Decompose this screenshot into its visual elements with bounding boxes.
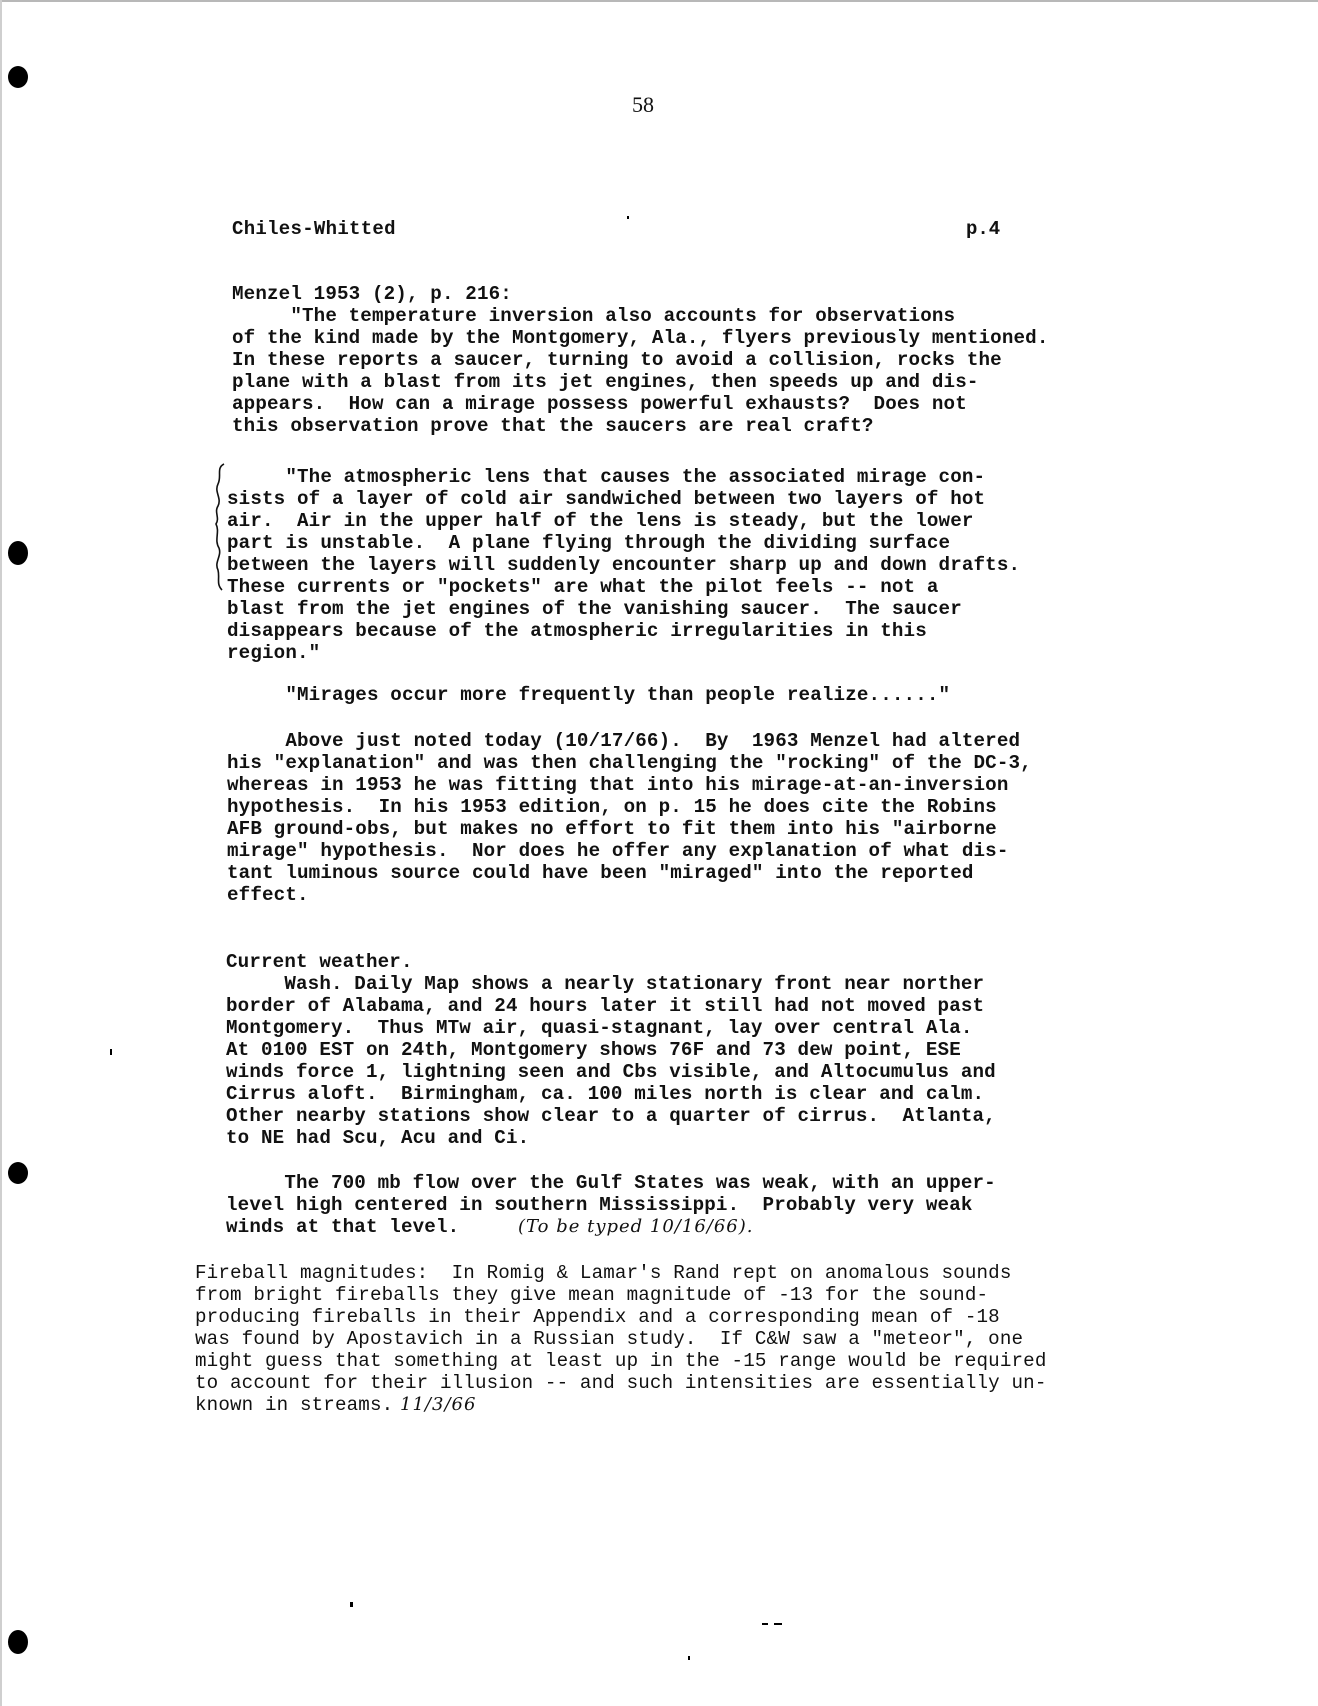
scan-speck (627, 216, 629, 219)
text-line: tant luminous source could have been "mi… (227, 862, 1032, 884)
text-line: sists of a layer of cold air sandwiched … (227, 488, 1020, 510)
text-line: "The temperature inversion also accounts… (232, 305, 1049, 327)
punch-hole-lower (8, 1162, 28, 1184)
text-line: These currents or "pockets" are what the… (227, 576, 1020, 598)
text-line: Montgomery. Thus MTw air, quasi-stagnant… (226, 1017, 996, 1039)
text-line: "Mirages occur more frequently than peop… (227, 684, 950, 706)
text-line: At 0100 EST on 24th, Montgomery shows 76… (226, 1039, 996, 1061)
text-line: appears. How can a mirage possess powerf… (232, 393, 1049, 415)
text-line: his "explanation" and was then challengi… (227, 752, 1032, 774)
text-line: known in streams. 11/3/66 (195, 1394, 1047, 1416)
text-line: part is unstable. A plane flying through… (227, 532, 1020, 554)
atmospheric-lens-quote: "The atmospheric lens that causes the as… (227, 466, 1020, 664)
text-line: might guess that something at least up i… (195, 1350, 1047, 1372)
text-line: In these reports a saucer, turning to av… (232, 349, 1049, 371)
text-line: from bright fireballs they give mean mag… (195, 1284, 1047, 1306)
page-number: 58 (632, 92, 654, 118)
text-line: The 700 mb flow over the Gulf States was… (226, 1172, 996, 1194)
text-line: effect. (227, 884, 1032, 906)
text-line: disappears because of the atmospheric ir… (227, 620, 1020, 642)
text-line: Cirrus aloft. Birmingham, ca. 100 miles … (226, 1083, 996, 1105)
text-line: blast from the jet engines of the vanish… (227, 598, 1020, 620)
page-border-top (0, 0, 1318, 2)
text-line: hypothesis. In his 1953 edition, on p. 1… (227, 796, 1032, 818)
text-line: Menzel 1953 (2), p. 216: (232, 283, 1049, 305)
handwritten-typing-note: (To be typed 10/16/66). (518, 1216, 754, 1238)
text-line: to NE had Scu, Acu and Ci. (226, 1127, 996, 1149)
text-line: "The atmospheric lens that causes the as… (227, 466, 1020, 488)
scan-speck (688, 1656, 690, 1660)
text-line: to account for their illusion -- and suc… (195, 1372, 1047, 1394)
text-line: region." (227, 642, 1020, 664)
page-border-left (0, 0, 2, 1706)
text-line: this observation prove that the saucers … (232, 415, 1049, 437)
text-line: Fireball magnitudes: In Romig & Lamar's … (195, 1262, 1047, 1284)
text-line: Current weather. (226, 951, 996, 973)
punch-hole-bottom (8, 1630, 28, 1654)
fireball-magnitudes: Fireball magnitudes: In Romig & Lamar's … (195, 1262, 1047, 1416)
text-line: air. Air in the upper half of the lens i… (227, 510, 1020, 532)
punch-hole-top (8, 66, 28, 88)
text-line: was found by Apostavich in a Russian stu… (195, 1328, 1047, 1350)
document-title: Chiles-Whitted (232, 218, 396, 240)
text-line: mirage" hypothesis. Nor does he offer an… (227, 840, 1032, 862)
menzel-citation: Menzel 1953 (2), p. 216: "The temperatur… (232, 283, 1049, 437)
text-line: plane with a blast from its jet engines,… (232, 371, 1049, 393)
text-line: of the kind made by the Montgomery, Ala.… (232, 327, 1049, 349)
text-line: Wash. Daily Map shows a nearly stationar… (226, 973, 996, 995)
text-line: AFB ground-obs, but makes no effort to f… (227, 818, 1032, 840)
current-weather: Current weather. Wash. Daily Map shows a… (226, 951, 996, 1149)
text-line: level high centered in southern Mississi… (226, 1194, 996, 1216)
scan-speck (350, 1602, 353, 1607)
mirages-quote: "Mirages occur more frequently than peop… (227, 684, 950, 706)
text-line: between the layers will suddenly encount… (227, 554, 1020, 576)
scan-speck (110, 1049, 112, 1055)
scan-speck (762, 1623, 768, 1625)
text-line: Above just noted today (10/17/66). By 19… (227, 730, 1032, 752)
scan-speck (774, 1623, 782, 1625)
text-line: whereas in 1953 he was fitting that into… (227, 774, 1032, 796)
handwritten-date: 11/3/66 (393, 1394, 476, 1415)
sheet-number: p.4 (966, 218, 1000, 240)
text-line: border of Alabama, and 24 hours later it… (226, 995, 996, 1017)
text-line: winds force 1, lightning seen and Cbs vi… (226, 1061, 996, 1083)
punch-hole-middle (8, 541, 28, 565)
note-1966: Above just noted today (10/17/66). By 19… (227, 730, 1032, 906)
text-line: Other nearby stations show clear to a qu… (226, 1105, 996, 1127)
text-line: producing fireballs in their Appendix an… (195, 1306, 1047, 1328)
